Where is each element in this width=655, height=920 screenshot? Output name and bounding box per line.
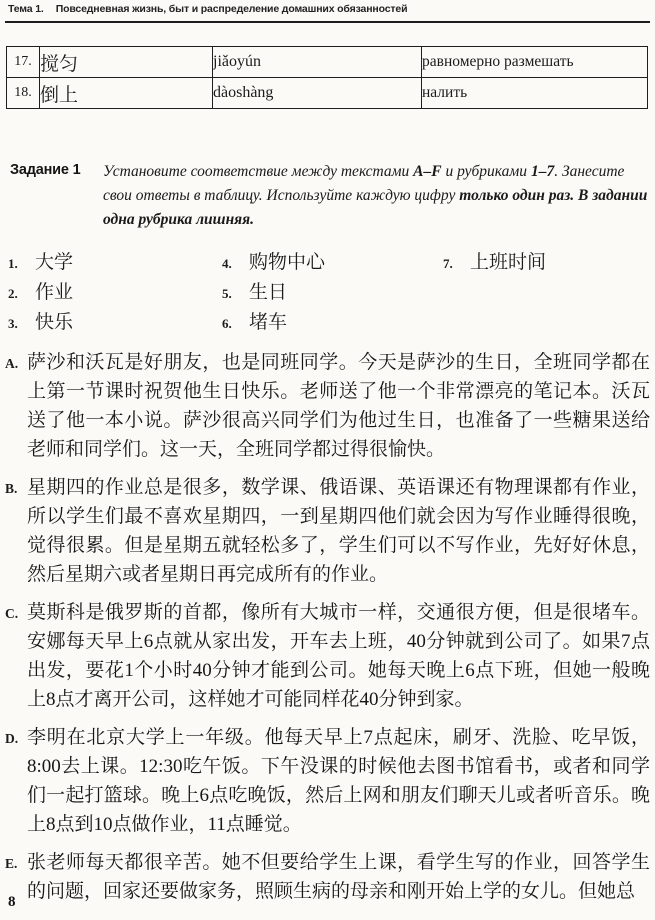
rubric-label: 购物中心 bbox=[249, 248, 325, 278]
rubric-item: 5. 生日 bbox=[222, 278, 443, 308]
passage: A. 萨沙和沃瓦是好朋友，也是同班同学。今天是萨沙的生日，全班同学都在上第一节课… bbox=[5, 348, 650, 464]
instruction-segment: и рубриками bbox=[442, 163, 531, 180]
passage: E. 张老师每天都很辛苦。她不但要给学生上课，看学生写的作业，回答学生的问题，回… bbox=[5, 848, 650, 906]
vocab-translation-cell: налить bbox=[422, 78, 648, 109]
task-label: Задание 1 bbox=[10, 160, 103, 232]
vocab-hanzi-cell: 搅匀 bbox=[40, 47, 213, 78]
rubric-number: 2. bbox=[8, 279, 35, 309]
passage-letter: B. bbox=[5, 474, 27, 503]
rubric-label: 快乐 bbox=[35, 308, 73, 338]
passage: D. 李明在北京大学上一年级。他每天早上7点起床，刷牙、洗脸、吃早饭，8:00去… bbox=[5, 723, 650, 839]
passage-text: 李明在北京大学上一年级。他每天早上7点起床，刷牙、洗脸、吃早饭，8:00去上课。… bbox=[27, 723, 650, 839]
theme-title: Повседневная жизнь, быт и распределение … bbox=[56, 3, 408, 15]
passage-letter: E. bbox=[5, 849, 27, 878]
passages: A. 萨沙和沃瓦是好朋友，也是同班同学。今天是萨沙的生日，全班同学都在上第一节课… bbox=[5, 348, 650, 915]
vocab-pinyin-cell: dàoshàng bbox=[213, 78, 422, 109]
rubric-label: 作业 bbox=[35, 278, 73, 308]
rubric-label: 堵车 bbox=[249, 308, 287, 338]
instruction-segment-bold: 1–7 bbox=[531, 163, 554, 180]
rubric-column: 1. 大学 2. 作业 3. 快乐 bbox=[8, 248, 222, 338]
vocab-pinyin-cell: jiǎoyún bbox=[213, 47, 422, 78]
header-rule bbox=[5, 21, 650, 23]
instruction-segment-bold: A–F bbox=[413, 163, 441, 180]
instruction-segment: Установите соответствие между текстами bbox=[103, 163, 413, 180]
theme-label: Тема 1. bbox=[8, 3, 44, 15]
rubric-column: 7. 上班时间 bbox=[443, 248, 650, 338]
passage: B. 星期四的作业总是很多，数学课、俄语课、英语课还有物理课都有作业，所以学生们… bbox=[5, 473, 650, 589]
rubric-number: 4. bbox=[222, 249, 249, 279]
vocab-row: 18. 倒上 dàoshàng налить bbox=[7, 78, 648, 109]
passage-letter: A. bbox=[5, 349, 27, 378]
passage-text: 萨沙和沃瓦是好朋友，也是同班同学。今天是萨沙的生日，全班同学都在上第一节课时祝贺… bbox=[27, 348, 650, 464]
rubric-column: 4. 购物中心 5. 生日 6. 堵车 bbox=[222, 248, 443, 338]
page-header: Тема 1.Повседневная жизнь, быт и распред… bbox=[8, 3, 647, 15]
rubric-label: 生日 bbox=[249, 278, 287, 308]
rubric-item: 2. 作业 bbox=[8, 278, 222, 308]
task-block: Задание 1 Установите соответствие между … bbox=[10, 160, 650, 232]
rubric-item: 6. 堵车 bbox=[222, 308, 443, 338]
passage-text: 莫斯科是俄罗斯的首都，像所有大城市一样，交通很方便，但是很堵车。安娜每天早上6点… bbox=[27, 598, 650, 714]
vocab-number-cell: 18. bbox=[7, 78, 40, 109]
rubric-item: 7. 上班时间 bbox=[443, 248, 650, 278]
page-number: 8 bbox=[8, 894, 16, 911]
rubric-number: 3. bbox=[8, 309, 35, 339]
vocab-row: 17. 搅匀 jiǎoyún равномерно размешать bbox=[7, 47, 648, 78]
passage-letter: D. bbox=[5, 724, 27, 753]
rubric-list: 1. 大学 2. 作业 3. 快乐 4. 购物中心 5. 生日 6. bbox=[8, 248, 650, 338]
vocab-translation-cell: равномерно размешать bbox=[422, 47, 648, 78]
passage: C. 莫斯科是俄罗斯的首都，像所有大城市一样，交通很方便，但是很堵车。安娜每天早… bbox=[5, 598, 650, 714]
textbook-page: Тема 1.Повседневная жизнь, быт и распред… bbox=[0, 0, 655, 920]
rubric-label: 上班时间 bbox=[470, 248, 546, 278]
passage-text: 星期四的作业总是很多，数学课、俄语课、英语课还有物理课都有作业，所以学生们最不喜… bbox=[27, 473, 650, 589]
rubric-number: 6. bbox=[222, 309, 249, 339]
vocabulary-table: 17. 搅匀 jiǎoyún равномерно размешать 18. … bbox=[6, 46, 648, 109]
task-instruction: Установите соответствие между текстами A… bbox=[103, 160, 650, 232]
vocab-hanzi-cell: 倒上 bbox=[40, 78, 213, 109]
rubric-item: 3. 快乐 bbox=[8, 308, 222, 338]
rubric-number: 1. bbox=[8, 249, 35, 279]
passage-letter: C. bbox=[5, 599, 27, 628]
rubric-label: 大学 bbox=[35, 248, 73, 278]
vocab-number-cell: 17. bbox=[7, 47, 40, 78]
passage-text: 张老师每天都很辛苦。她不但要给学生上课，看学生写的作业，回答学生的问题，回家还要… bbox=[27, 848, 650, 906]
rubric-item: 4. 购物中心 bbox=[222, 248, 443, 278]
rubric-number: 7. bbox=[443, 249, 470, 279]
rubric-item: 1. 大学 bbox=[8, 248, 222, 278]
rubric-number: 5. bbox=[222, 279, 249, 309]
